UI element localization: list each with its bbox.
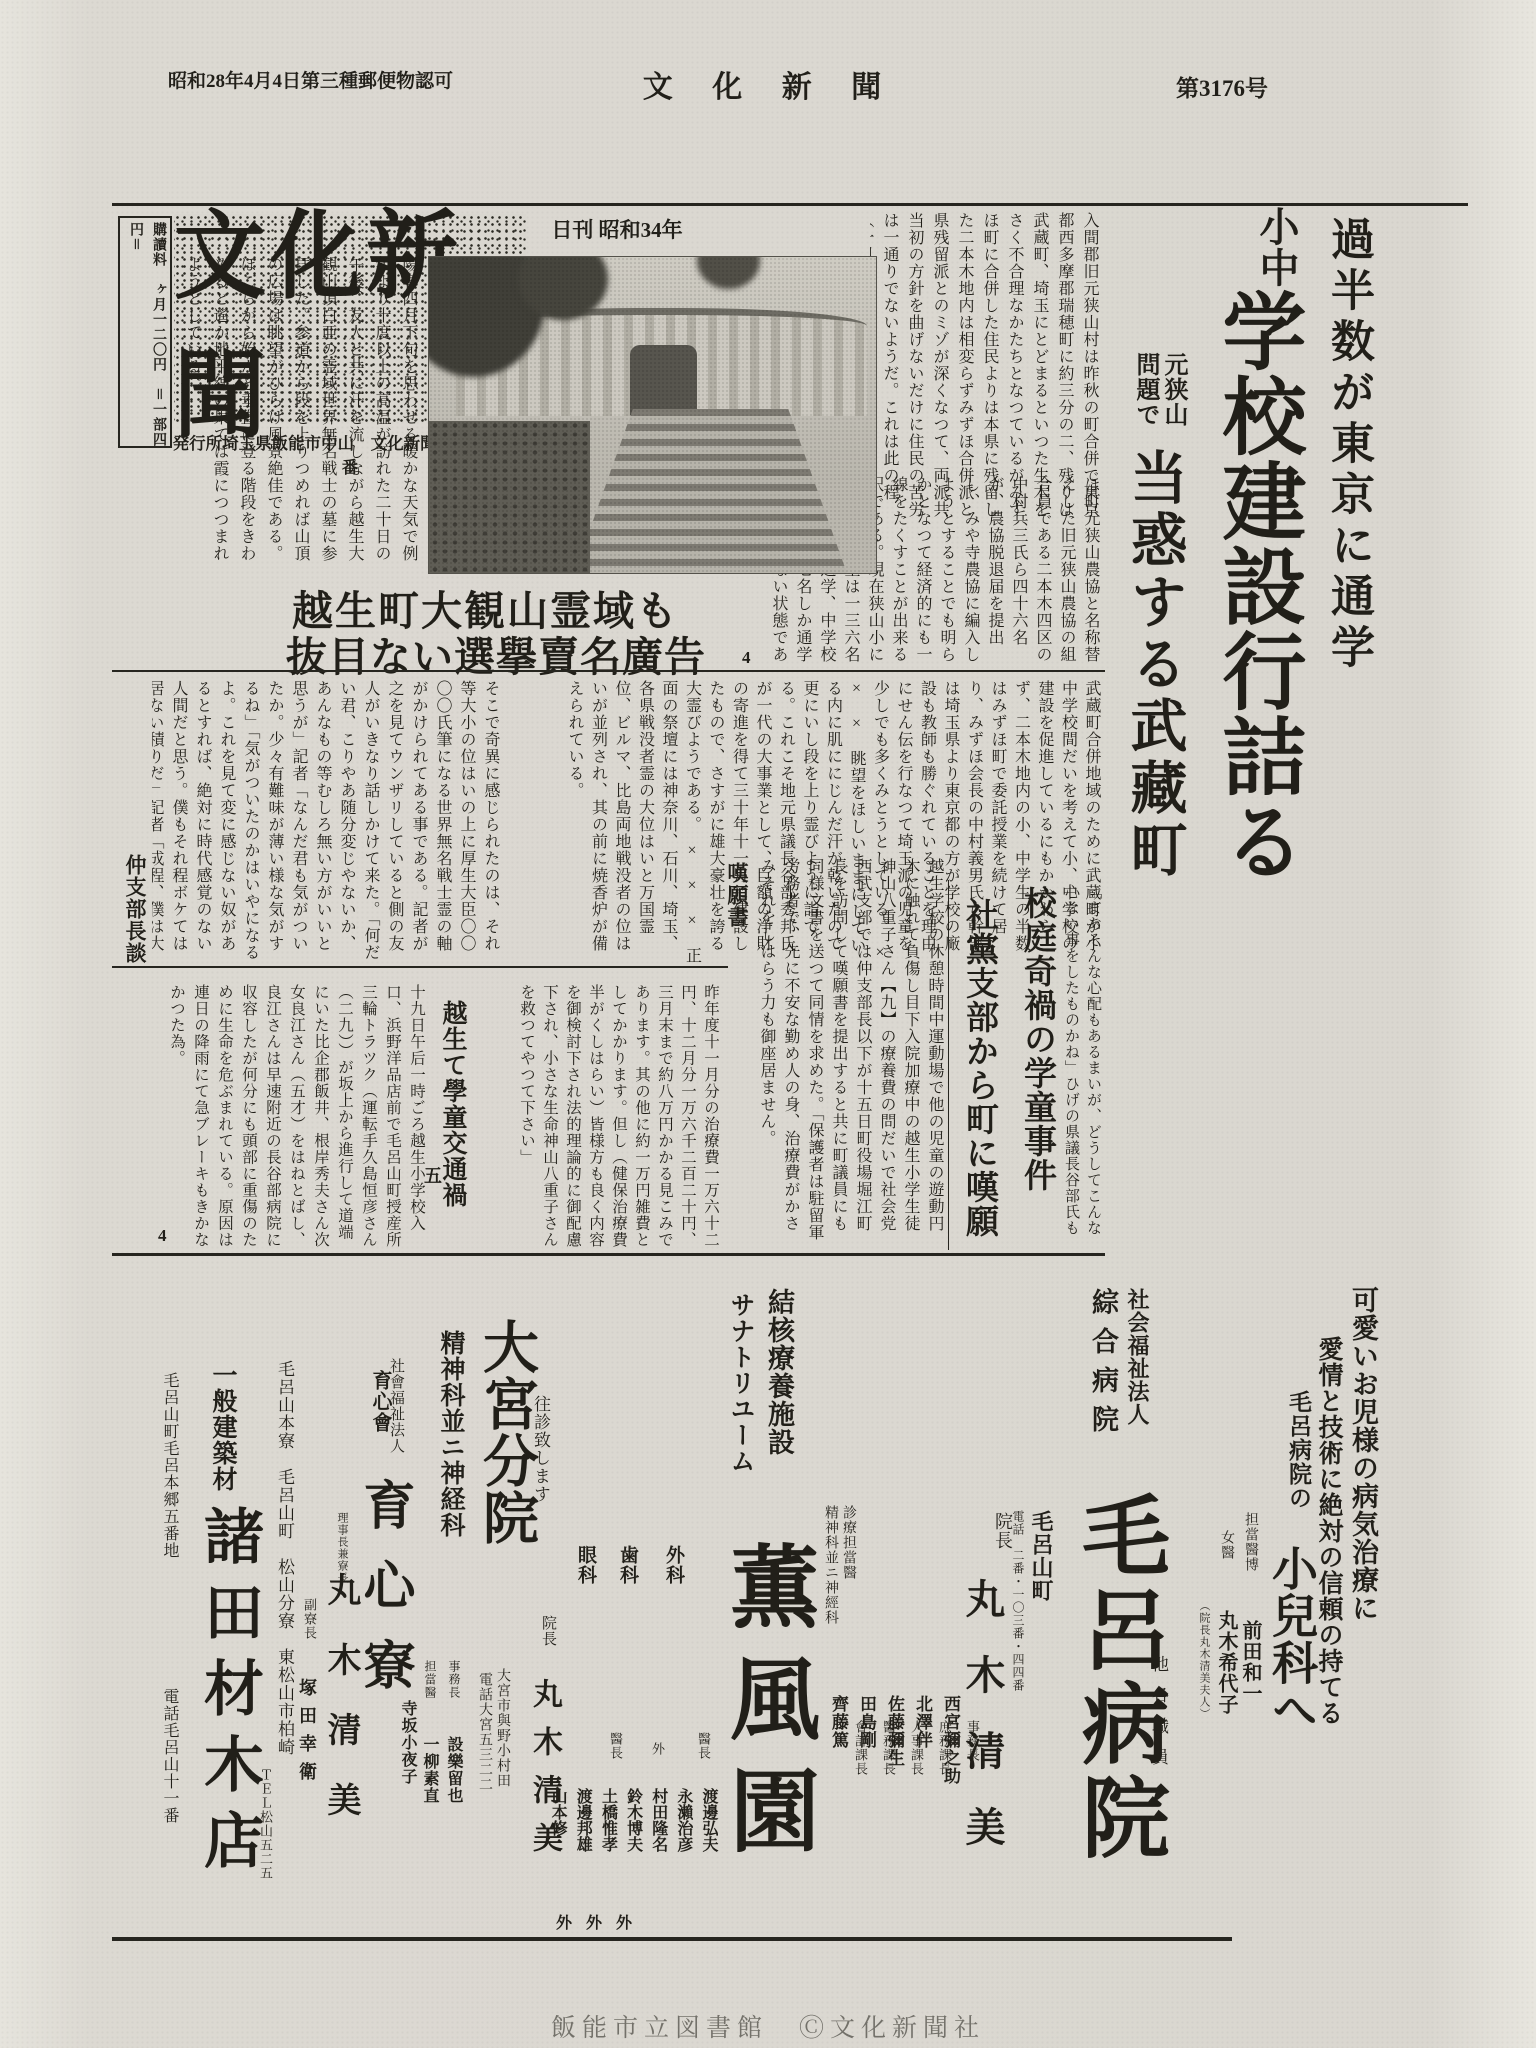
- moro-org-line: 社会福祉法人: [1122, 1288, 1153, 1453]
- mid-subhead-naka: 仲支部長談: [120, 854, 150, 972]
- kunpu-dept-dental: 歯科: [614, 1545, 641, 1605]
- doctor-name: 鈴木博夫: [623, 1788, 644, 1906]
- morota-name: 諸田材木店: [186, 1505, 272, 1905]
- kunpu-assist-mark: 外: [648, 1742, 667, 1772]
- omiya-staff-role2: 担當醫: [422, 1660, 439, 1726]
- morota-phone: 電話毛呂山十一番: [158, 1688, 181, 1913]
- ikushin-role2: 副寮長: [300, 1598, 319, 1664]
- staff-role: 人事課長: [907, 1720, 926, 1820]
- newspaper-page: 昭和28年4月4日第三種郵便物認可 文 化 新 聞 第3176号 購讀料 ヶ月一…: [0, 0, 1536, 2048]
- moro-director-role: 院長: [990, 1512, 1016, 1572]
- ikushin-person2: 塚田幸衛: [294, 1678, 320, 1828]
- staff-role: 事務長: [963, 1720, 982, 1820]
- petition-subhead: 嘆願書: [722, 862, 752, 944]
- petition-quote: 昨年度十一月分の治療費一万六十二円、十二月分一万六千二百二十円、三月末まで約八万…: [468, 984, 722, 1250]
- moro-doctor1-role: 担當醫博: [1240, 1512, 1260, 1592]
- staff-role: 醫務課長: [879, 1720, 898, 1820]
- kunpu-line1: 結核療養施設: [760, 1288, 799, 1488]
- headline-kicker: 過半数が東京に通学: [1316, 216, 1380, 691]
- headline-main: 学校建設行詰る: [1196, 288, 1317, 908]
- omiya-staff2: 一柳素直: [418, 1736, 441, 1866]
- kunpu-chief-label: 醫長: [694, 1732, 713, 1780]
- staff-role: 庶務課長: [935, 1720, 954, 1820]
- moro-tagline-3: 毛呂病院の: [1282, 1390, 1315, 1525]
- moro-address: 毛呂山町: [1026, 1510, 1057, 1655]
- photo-grain-overlay: [429, 257, 876, 573]
- kunpu-dept-surgery: 外科: [660, 1545, 687, 1605]
- moro-doctor2-role: 女醫: [1216, 1530, 1236, 1580]
- moro-pediatrics-headline: 小兒科へ: [1258, 1545, 1324, 1760]
- kunpu-dept-eye: 眼科: [572, 1545, 599, 1605]
- ads-bottom-rule: [112, 1937, 1232, 1941]
- doctor-name: 永瀨治彦: [674, 1788, 695, 1906]
- omiya-dept: 精神科並ニ神経科: [432, 1330, 468, 1650]
- school-headline-2: 社黨支部から町に嘆願: [956, 898, 1003, 1268]
- traffic-headline: 越生て學童交通禍: [434, 1000, 470, 1232]
- moro-hospital-name: 毛呂病院: [1054, 1490, 1180, 1910]
- postal-approval-note: 昭和28年4月4日第三種郵便物認可: [168, 74, 453, 90]
- school-article-body: 越生学校の休憩時間中運動場で他の児童の遊動円木に触れて負傷し目下入院加療中の越生…: [756, 858, 946, 1246]
- section-rule-b: [112, 966, 728, 968]
- moro-doctor2-note: （院長丸木清美夫人）: [1196, 1600, 1212, 1760]
- morota-address: 毛呂山町毛呂本郷五番地: [158, 1372, 181, 1672]
- monument-photo: [428, 256, 877, 574]
- ads-top-rule: [112, 1253, 1105, 1256]
- kunpu-chief-label: 醫長: [606, 1732, 625, 1780]
- section-rule-a: [112, 670, 1105, 672]
- issue-number: 第3176号: [1176, 70, 1268, 103]
- ikushin-org2: 育心會: [366, 1370, 395, 1465]
- moro-org-line2: 綜合病院: [1084, 1288, 1123, 1453]
- omiya-staff-role1: 事務長: [446, 1660, 463, 1726]
- ikushin-branches: 毛呂山本寮 毛呂山町 松山分寮 東松山市柏崎: [272, 1360, 297, 1915]
- photo-caption-line2: 抜目ない選擧賣名廣告: [286, 624, 706, 683]
- doctor-name: 村田隆名: [649, 1788, 670, 1906]
- daily-label: 日刊 昭和34年: [534, 214, 700, 244]
- school-headline-rule: [948, 880, 949, 1250]
- doctor-name: 渡邊邦雄: [573, 1788, 594, 1906]
- omiya-name: 大宮分院: [466, 1318, 546, 1628]
- school-headline-1: 校庭奇禍の学童事件: [1014, 886, 1061, 1220]
- headline-sub-b: 問題で: [1128, 352, 1163, 442]
- school-intro-column: 「まあそんな心配もあるまいが、どうしてこんな心ない事をしたものかね」ひげの県議長…: [1058, 884, 1104, 1242]
- doctor-name: 土橋惟孝: [598, 1788, 619, 1906]
- kunpu-doctor-names: 渡邊弘夫 永瀨治彦 村田隆名 鈴木博夫 土橋惟孝 渡邊邦雄 山本修: [548, 1788, 720, 1908]
- moro-tagline-1: 可愛いお児様の病気治療に: [1344, 1286, 1383, 1678]
- omiya-staff1: 設樂留也: [442, 1736, 465, 1866]
- column-mark-4: 4: [742, 648, 751, 668]
- omiya-phone: 電話大宮五三二二: [474, 1672, 494, 1832]
- kunpu-others-row: 外外外: [556, 1910, 646, 1933]
- traffic-article-body: 十九日午后一時ごろ越生小学校入口、浜野洋品店前で毛呂山町授産所三輪トラツク（運転…: [150, 984, 428, 1250]
- headline-sub-bold: 当惑する武藏町: [1112, 448, 1194, 910]
- ikushin-person1: 丸木清美: [316, 1572, 365, 1892]
- page-title: 文 化 新 聞: [600, 62, 940, 106]
- kunpu-line2: サナトリユーム: [722, 1292, 758, 1507]
- staff-role: 會計課長: [851, 1720, 870, 1820]
- photo-side-article: 陽春四月下旬を思わせる暖かな天気で例年より十度以上の高温が訪れた二十日の午後、友…: [150, 256, 422, 574]
- doctor-name: 渡邊弘夫: [699, 1788, 720, 1906]
- omiya-address: 大宮市與野小村田: [492, 1668, 512, 1828]
- mid-article-left: そこで奇異に感じられたのは、それ等大小の位はいの上に厚生大臣〇〇〇〇氏筆になる世…: [152, 680, 502, 966]
- moro-staff-column: 會計課長 齊藤篤: [826, 1635, 870, 1905]
- library-credit-footer: 飯能市立図書館 Ⓒ文化新聞社: [508, 2008, 1028, 2044]
- column-mark-4: 4: [158, 1226, 167, 1246]
- moro-clinic-role: 診療担當醫: [838, 1505, 858, 1595]
- kunpu-director-name: 丸木清美: [522, 1678, 566, 1913]
- moro-doctor2-name: 丸木希代子: [1212, 1610, 1241, 1740]
